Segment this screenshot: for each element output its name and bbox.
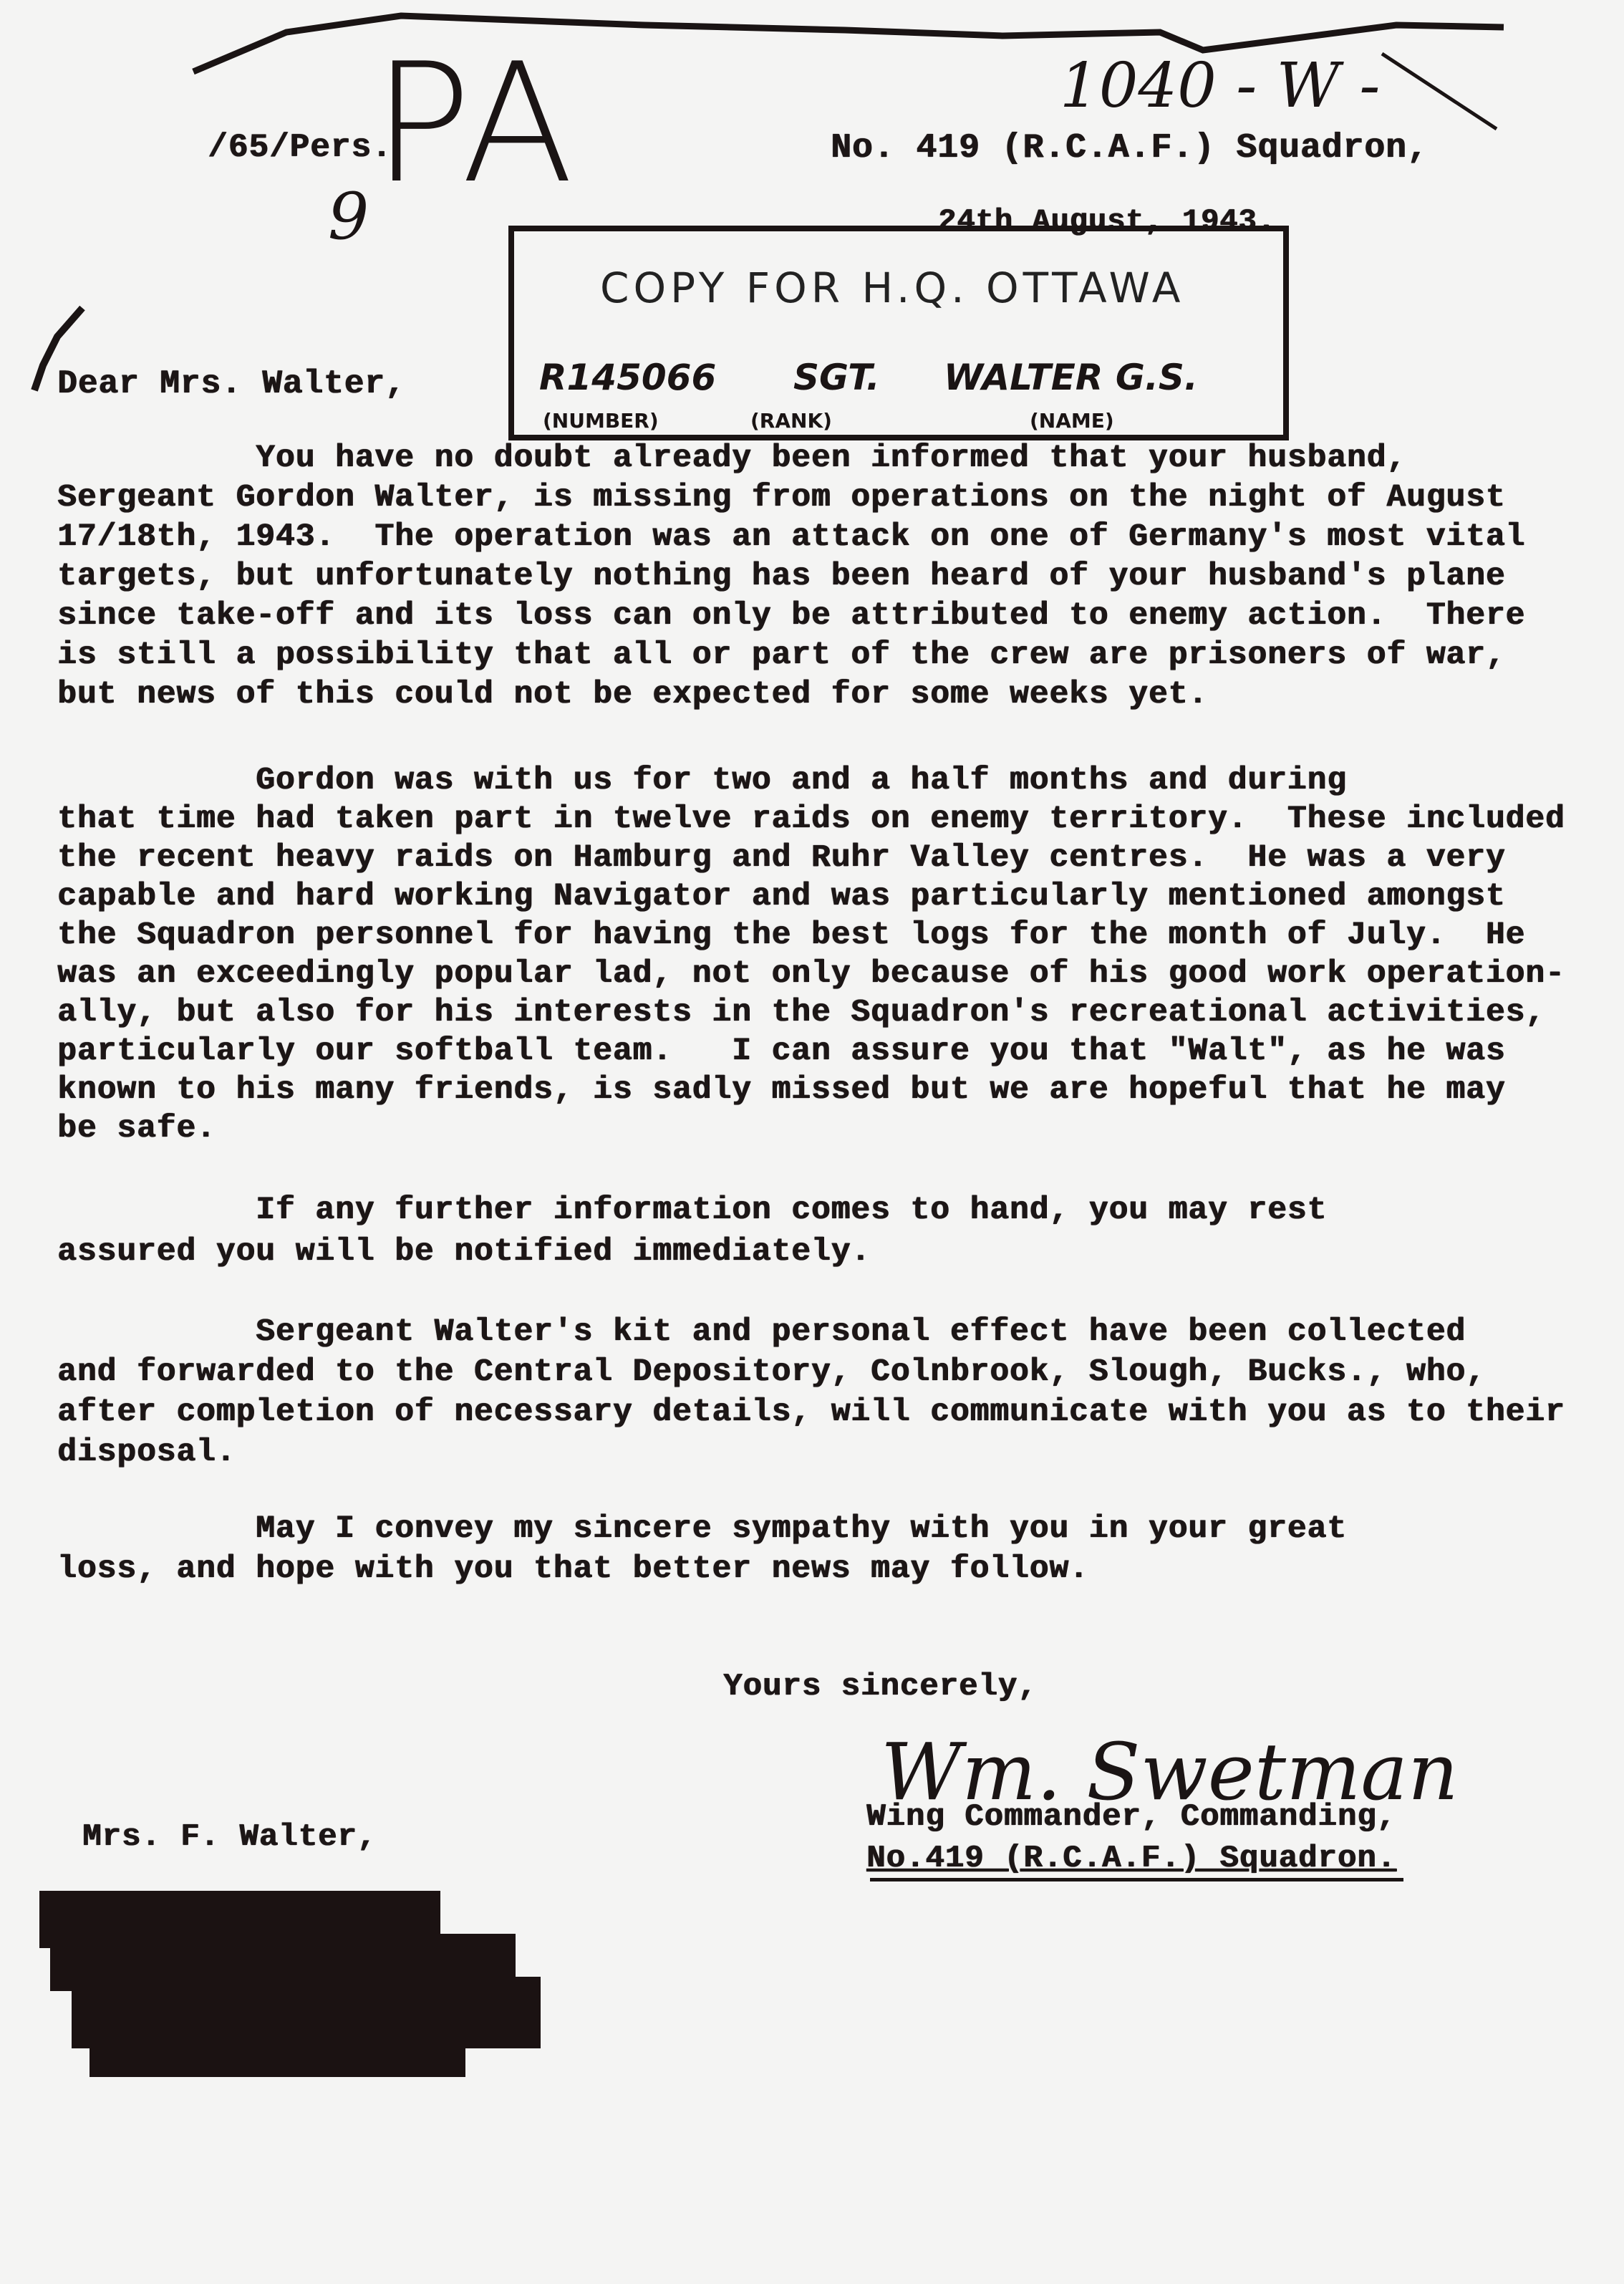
copy-edge-line [0, 0, 1624, 143]
paragraph-line: ally, but also for his interests in the … [57, 995, 1545, 1031]
initials-annotation: PA [372, 29, 574, 220]
stamp-name-value: WALTER G.S. [944, 357, 1198, 398]
stamp-rank-value: SGT. [793, 357, 880, 398]
paragraph-1: You have no doubt already been informed … [57, 440, 97, 727]
paragraph-line: Sergeant Gordon Walter, is missing from … [57, 480, 1505, 516]
copy-stamp: COPY FOR H.Q. OTTAWA R145066 SGT. WALTER… [508, 226, 1289, 440]
paragraph-line: Sergeant Walter's kit and personal effec… [57, 1314, 1466, 1350]
paragraph-line: the recent heavy raids on Hamburg and Ru… [57, 840, 1505, 876]
file-reference: /65/Pers. [208, 129, 392, 166]
paragraph-line: loss, and hope with you that better news… [57, 1551, 1089, 1587]
paragraph-line: capable and hard working Navigator and w… [57, 879, 1505, 915]
paragraph-line: that time had taken part in twelve raids… [57, 801, 1565, 837]
paragraph-line: after completion of necessary details, w… [57, 1394, 1565, 1430]
stamp-number-value: R145066 [539, 357, 716, 398]
paragraph-3: If any further information comes to hand… [57, 1192, 97, 1300]
paragraph-5: May I convey my sincere sympathy with yo… [57, 1511, 97, 1619]
paragraph-line: May I convey my sincere sympathy with yo… [57, 1511, 1347, 1547]
paragraph-line: targets, but unfortunately nothing has b… [57, 559, 1505, 594]
archive-number-annotation: 1040 - W - [1060, 50, 1380, 122]
paragraph-line: 17/18th, 1943. The operation was an atta… [57, 519, 1525, 555]
addressee-name: Mrs. F. Walter, [82, 1819, 377, 1855]
stamp-name-label: (NAME) [1030, 409, 1114, 433]
paragraph-line: particularly our softball team. I can as… [57, 1033, 1505, 1069]
paragraph-line: is still a possibility that all or part … [57, 637, 1505, 673]
stamp-rank-label: (RANK) [750, 409, 832, 433]
stamp-title: COPY FOR H.Q. OTTAWA [600, 264, 1184, 312]
paragraph-line: assured you will be notified immediately… [57, 1234, 871, 1270]
paragraph-4: Sergeant Walter's kit and personal effec… [57, 1314, 97, 1493]
paragraph-line: Gordon was with us for two and a half mo… [57, 763, 1347, 799]
signatory-title: Wing Commander, Commanding, [866, 1799, 1396, 1835]
paragraph-line: If any further information comes to hand… [57, 1192, 1327, 1228]
stamp-number-label: (NUMBER) [543, 409, 659, 433]
margin-number-annotation: 9 [328, 179, 369, 254]
paragraph-line: and forwarded to the Central Depository,… [57, 1354, 1486, 1390]
signatory-unit: No.419 (R.C.A.F.) Squadron. [866, 1841, 1396, 1876]
paragraph-line: since take-off and its loss can only be … [57, 598, 1525, 634]
squadron-heading: No. 419 (R.C.A.F.) Squadron, [831, 129, 1429, 168]
paragraph-line: was an exceedingly popular lad, not only… [57, 956, 1565, 992]
closing: Yours sincerely, [723, 1669, 1037, 1705]
signature-underline [870, 1878, 1403, 1881]
paragraph-line: You have no doubt already been informed … [57, 440, 1406, 476]
paragraph-2: Gordon was with us for two and a half mo… [57, 763, 97, 1157]
paragraph-line: disposal. [57, 1435, 236, 1470]
salutation: Dear Mrs. Walter, [57, 365, 405, 403]
paragraph-line: but news of this could not be expected f… [57, 677, 1208, 713]
paragraph-line: known to his many friends, is sadly miss… [57, 1072, 1505, 1108]
paragraph-line: be safe. [57, 1111, 216, 1147]
redacted-address-block [90, 1998, 465, 2077]
paragraph-line: the Squadron personnel for having the be… [57, 917, 1525, 953]
